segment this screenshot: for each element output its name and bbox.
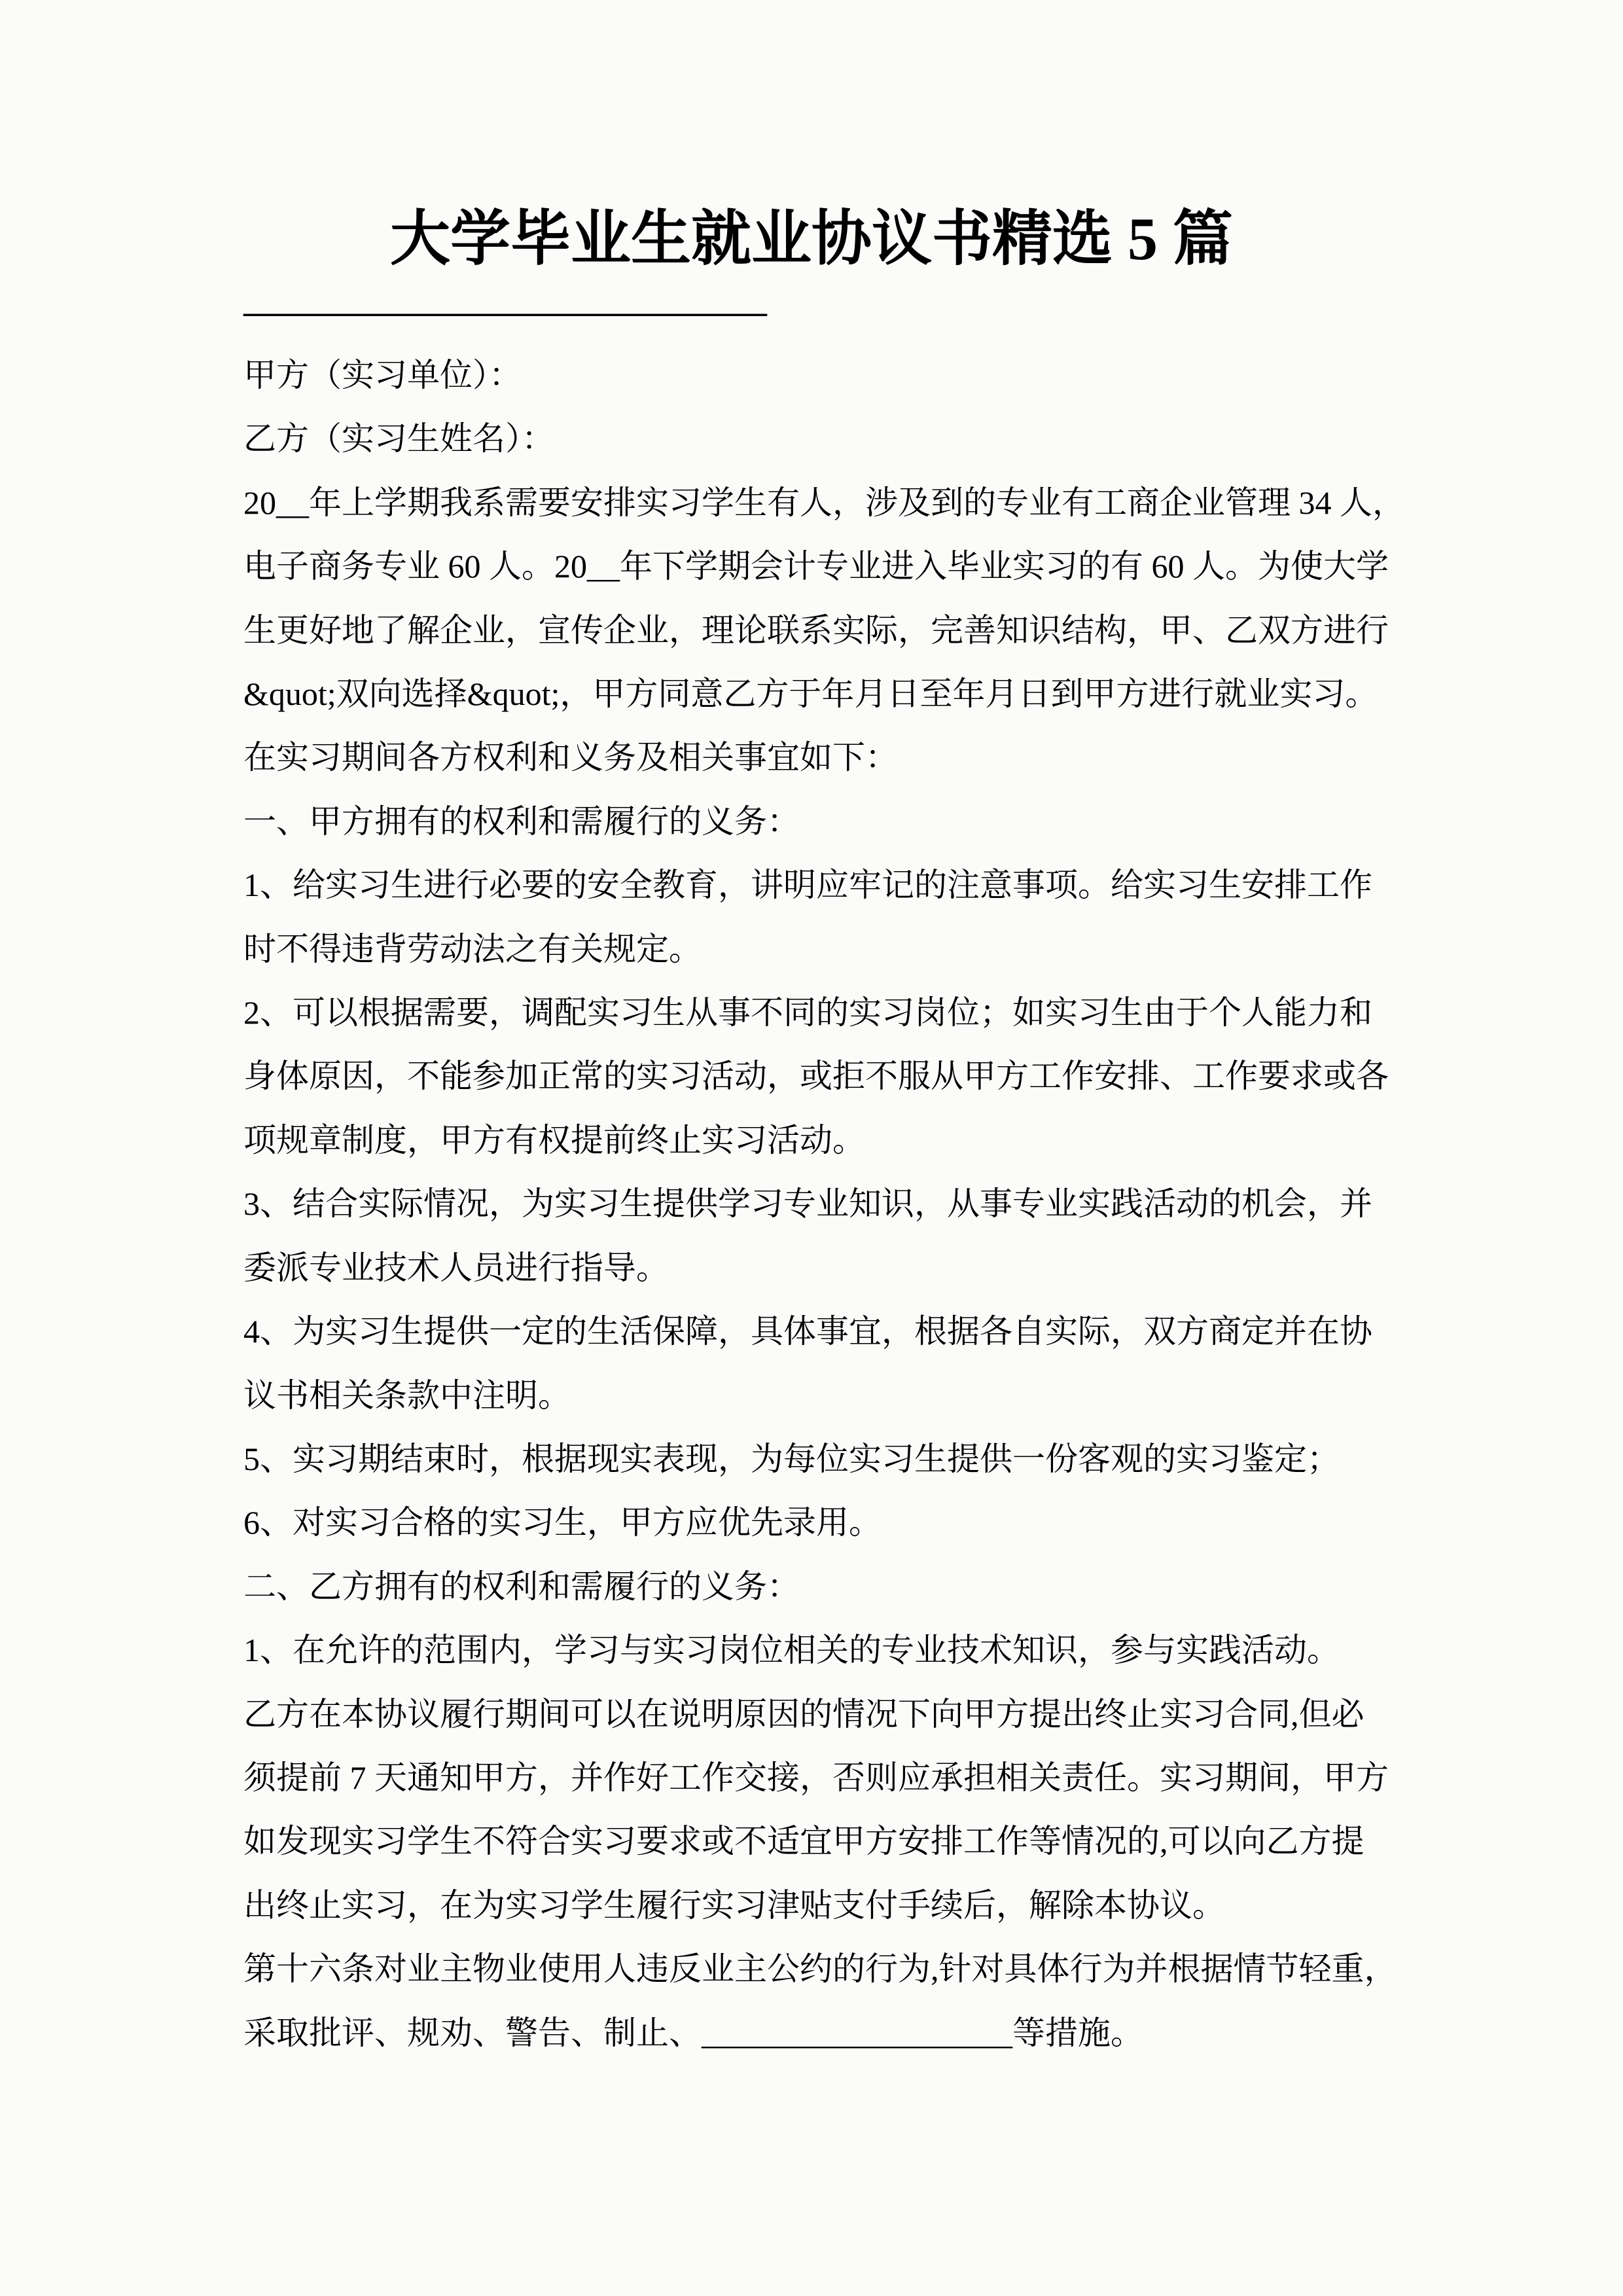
text-line: 身体原因，不能参加正常的实习活动，或拒不服从甲方工作安排、工作要求或各	[243, 1045, 1440, 1108]
text-line: 4、为实习生提供一定的生活保障，具体事宜，根据各自实际，双方商定并在协	[243, 1300, 1440, 1363]
text-line: 采取批评、规劝、警告、制止、___________________等措施。	[243, 2001, 1440, 2065]
text-line: 一、甲方拥有的权利和需履行的义务：	[243, 790, 1440, 853]
text-line: 时不得违背劳动法之有关规定。	[243, 918, 1440, 981]
text-line: 项规章制度，甲方有权提前终止实习活动。	[243, 1109, 1440, 1172]
separator-line: ————————————————	[0, 280, 1623, 344]
text-line: 生更好地了解企业，宣传企业，理论联系实际，完善知识结构，甲、乙双方进行	[243, 599, 1440, 662]
text-line: &quot;双向选择&quot;，甲方同意乙方于年月日至年月日到甲方进行就业实习…	[243, 662, 1440, 726]
text-line: 5、实习期结束时，根据现实表现，为每位实习生提供一份客观的实习鉴定；	[243, 1427, 1440, 1491]
text-line: 出终止实习，在为实习学生履行实习津贴支付手续后，解除本协议。	[243, 1874, 1440, 1937]
document-page: 大学毕业生就业协议书精选 5 篇 ———————————————— 甲方（实习单…	[0, 0, 1623, 2296]
text-line: 电子商务专业 60 人。20__年下学期会计专业进入毕业实习的有 60 人。为使…	[243, 535, 1440, 598]
text-line: 第十六条对业主物业使用人违反业主公约的行为,针对具体行为并根据情节轻重，	[243, 1937, 1440, 2001]
text-line: 乙方在本协议履行期间可以在说明原因的情况下向甲方提出终止实习合同,但必	[243, 1683, 1440, 1746]
text-line: 1、给实习生进行必要的安全教育，讲明应牢记的注意事项。给实习生安排工作	[243, 853, 1440, 917]
text-line: 如发现实习学生不符合实习要求或不适宜甲方安排工作等情况的,可以向乙方提	[243, 1810, 1440, 1873]
text-line: 2、可以根据需要，调配实习生从事不同的实习岗位；如实习生由于个人能力和	[243, 981, 1440, 1045]
text-line: 3、结合实际情况，为实习生提供学习专业知识，从事专业实践活动的机会，并	[243, 1172, 1440, 1236]
text-line: 委派专业技术人员进行指导。	[243, 1236, 1440, 1300]
text-line: 1、在允许的范围内，学习与实习岗位相关的专业技术知识，参与实践活动。	[243, 1619, 1440, 1682]
text-line: 须提前 7 天通知甲方，并作好工作交接，否则应承担相关责任。实习期间，甲方	[243, 1746, 1440, 1810]
text-line: 二、乙方拥有的权利和需履行的义务：	[243, 1555, 1440, 1619]
document-body: 甲方（实习单位）：乙方（实习生姓名）：20__年上学期我系需要安排实习学生有人，…	[0, 344, 1623, 2065]
text-line: 议书相关条款中注明。	[243, 1364, 1440, 1427]
text-line: 乙方（实习生姓名）：	[243, 407, 1440, 471]
text-line: 6、对实习合格的实习生，甲方应优先录用。	[243, 1491, 1440, 1554]
document-title: 大学毕业生就业协议书精选 5 篇	[0, 204, 1623, 274]
text-line: 甲方（实习单位）：	[243, 344, 1440, 407]
text-line: 在实习期间各方权利和义务及相关事宜如下：	[243, 726, 1440, 789]
text-line: 20__年上学期我系需要安排实习学生有人，涉及到的专业有工商企业管理 34 人，	[243, 471, 1440, 535]
